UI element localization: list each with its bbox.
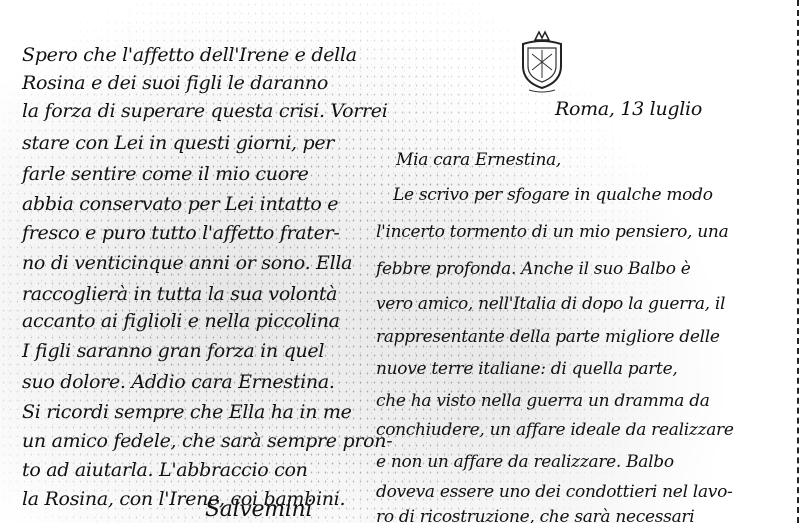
letter-line: che ha visto nella guerra un dramma da	[376, 391, 710, 411]
signature: Salvemini	[205, 497, 312, 522]
letter-line: no di venticinque anni or sono. Ella	[22, 252, 352, 274]
letter-line: fresco e puro tutto l'affetto frater-	[22, 222, 340, 244]
letter-line: farle sentire come il mio cuore	[22, 163, 309, 185]
place-date: Roma, 13 luglio	[555, 98, 702, 120]
letter-line: Rosina e dei suoi figli le daranno	[22, 72, 328, 94]
letter-line: conchiudere, un affare ideale da realizz…	[376, 420, 734, 440]
letter-line: accanto ai figlioli e nella piccolina	[22, 310, 340, 332]
letter-line: Spero che l'affetto dell'Irene e della	[22, 44, 357, 66]
letter-line: doveva essere uno dei condottieri nel la…	[376, 482, 732, 502]
letter-line: rappresentante della parte migliore dell…	[376, 327, 720, 347]
letter-line: l'incerto tormento di un mio pensiero, u…	[376, 222, 728, 242]
letter-line: raccoglierà in tutta la sua volontà	[22, 283, 337, 305]
letter-line: un amico fedele, che sarà sempre pron-	[22, 430, 392, 452]
letter-line: to ad aiutarla. L'abbraccio con	[22, 459, 308, 481]
letter-scan: Spero che l'affetto dell'Irene e della R…	[0, 0, 800, 523]
letter-line: febbre profonda. Anche il suo Balbo è	[376, 259, 691, 279]
letter-line: Le scrivo per sfogare in qualche modo	[393, 185, 713, 205]
letter-line: abbia conservato per Lei intatto e	[22, 193, 338, 215]
letter-line: I figli saranno gran forza in quel	[22, 340, 324, 362]
salutation: Mia cara Ernestina,	[396, 150, 561, 170]
letter-line: e non un affare da realizzare. Balbo	[376, 452, 674, 472]
letter-line: ro di ricostruzione, che sarà necessari	[376, 507, 694, 523]
page-edge-line	[797, 0, 799, 523]
letter-line: vero amico, nell'Italia di dopo la guerr…	[376, 294, 725, 314]
letter-line: nuove terre italiane: di quella parte,	[376, 359, 677, 379]
letter-line: stare con Lei in questi giorni, per	[22, 132, 334, 154]
letter-line: suo dolore. Addio cara Ernestina.	[22, 371, 335, 393]
letter-line: Si ricordi sempre che Ella ha in me	[22, 401, 352, 423]
letter-line: la forza di superare questa crisi. Vorre…	[22, 100, 388, 122]
coat-of-arms-crest-icon	[517, 30, 567, 94]
